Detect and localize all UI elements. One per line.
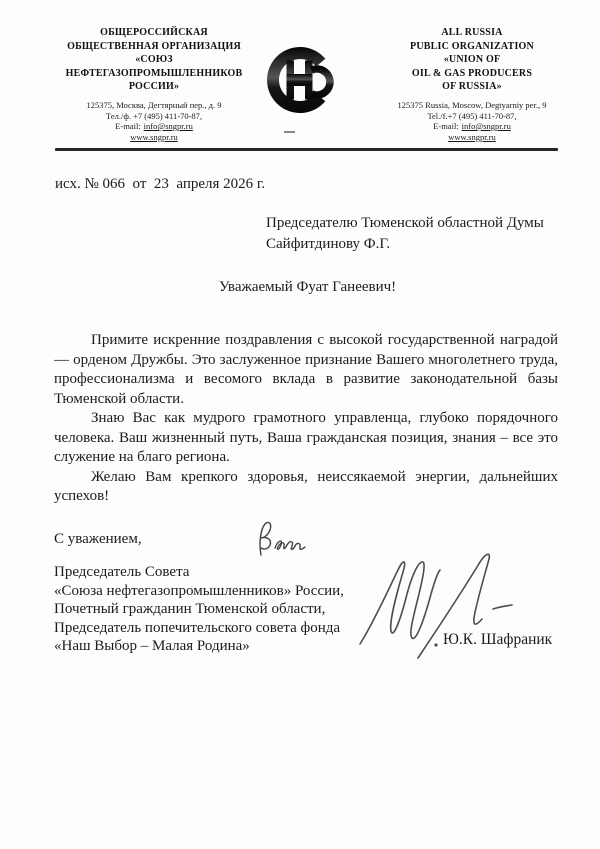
closing-regards: С уважением, bbox=[54, 531, 142, 548]
org-name-line: НЕФТЕГАЗОПРОМЫШЛЕННИКОВ bbox=[40, 67, 268, 81]
addressee-line: Сайфитдинову Ф.Г. bbox=[266, 234, 544, 255]
handwritten-note bbox=[249, 517, 327, 563]
org-name-line: ALL RUSSIA bbox=[376, 26, 568, 40]
email-address: info@sngpr.ru bbox=[462, 121, 511, 131]
org-name-line: PUBLIC ORGANIZATION bbox=[376, 40, 568, 54]
website-line: www.sngpr.ru bbox=[40, 132, 268, 143]
reference-line: исх. № 066 от 23 апреля 2026 г. bbox=[55, 176, 265, 193]
email-line: E-mail:info@sngpr.ru bbox=[40, 121, 268, 132]
org-name-line: РОССИИ» bbox=[40, 80, 268, 94]
body-paragraph: Примите искренние поздравления с высокой… bbox=[54, 331, 558, 409]
organization-logo-icon bbox=[266, 44, 342, 120]
org-name-line: «СОЮЗ bbox=[40, 53, 268, 67]
contact-block-ru: 125375, Москва, Дегтярный пер., д. 9 Тел… bbox=[40, 100, 268, 142]
signer-title-line: Почетный гражданин Тюменской области, bbox=[54, 600, 344, 619]
body-paragraph: Желаю Вам крепкого здоровья, неиссякаемо… bbox=[54, 468, 558, 507]
header-divider bbox=[55, 148, 558, 151]
org-name-line: OIL & GAS PRODUCERS bbox=[376, 67, 568, 81]
contact-block-en: 125375 Russia, Moscow, Degtyarniy per., … bbox=[376, 100, 568, 142]
email-label: E-mail: bbox=[115, 121, 141, 131]
addressee-block: Председателю Тюменской областной Думы Са… bbox=[266, 213, 544, 255]
org-name-line: «UNION OF bbox=[376, 53, 568, 67]
signer-title-line: «Союза нефтегазопромышленников» России, bbox=[54, 582, 344, 601]
signer-name: Ю.К. Шафраник bbox=[443, 631, 552, 649]
address-line: 125375, Москва, Дегтярный пер., д. 9 bbox=[40, 100, 268, 111]
body-paragraph: Знаю Вас как мудрого грамотного управлен… bbox=[54, 409, 558, 468]
logo-dash-mark bbox=[284, 131, 295, 133]
signer-titles: Председатель Совета «Союза нефтегазопром… bbox=[54, 563, 344, 656]
signer-title-line: Председатель попечительского совета фонд… bbox=[54, 619, 344, 638]
signer-title-line: Председатель Совета bbox=[54, 563, 344, 582]
address-line: 125375 Russia, Moscow, Degtyarniy per., … bbox=[376, 100, 568, 111]
org-name-line: ОБЩЕСТВЕННАЯ ОРГАНИЗАЦИЯ bbox=[40, 40, 268, 54]
scanned-letter-page: ОБЩЕРОССИЙСКАЯ ОБЩЕСТВЕННАЯ ОРГАНИЗАЦИЯ … bbox=[0, 0, 600, 849]
letter-body: Примите искренние поздравления с высокой… bbox=[54, 331, 558, 507]
org-name-line: ОБЩЕРОССИЙСКАЯ bbox=[40, 26, 268, 40]
email-address: info@sngpr.ru bbox=[144, 121, 193, 131]
org-name-ru: ОБЩЕРОССИЙСКАЯ ОБЩЕСТВЕННАЯ ОРГАНИЗАЦИЯ … bbox=[40, 26, 268, 94]
org-name-en: ALL RUSSIA PUBLIC ORGANIZATION «UNION OF… bbox=[376, 26, 568, 94]
monogram-ns-icon bbox=[266, 44, 342, 120]
phone-line: Tel./f.+7 (495) 411-70-87, bbox=[376, 111, 568, 122]
salutation: Уважаемый Фуат Ганеевич! bbox=[219, 279, 396, 296]
addressee-line: Председателю Тюменской областной Думы bbox=[266, 213, 544, 234]
phone-line: Тел./ф. +7 (495) 411-70-87, bbox=[40, 111, 268, 122]
signer-title-line: «Наш Выбор – Малая Родина» bbox=[54, 637, 344, 656]
org-name-line: OF RUSSIA» bbox=[376, 80, 568, 94]
website-line: www.sngpr.ru bbox=[376, 132, 568, 143]
email-label: E-mail: bbox=[433, 121, 459, 131]
email-line: E-mail:info@sngpr.ru bbox=[376, 121, 568, 132]
